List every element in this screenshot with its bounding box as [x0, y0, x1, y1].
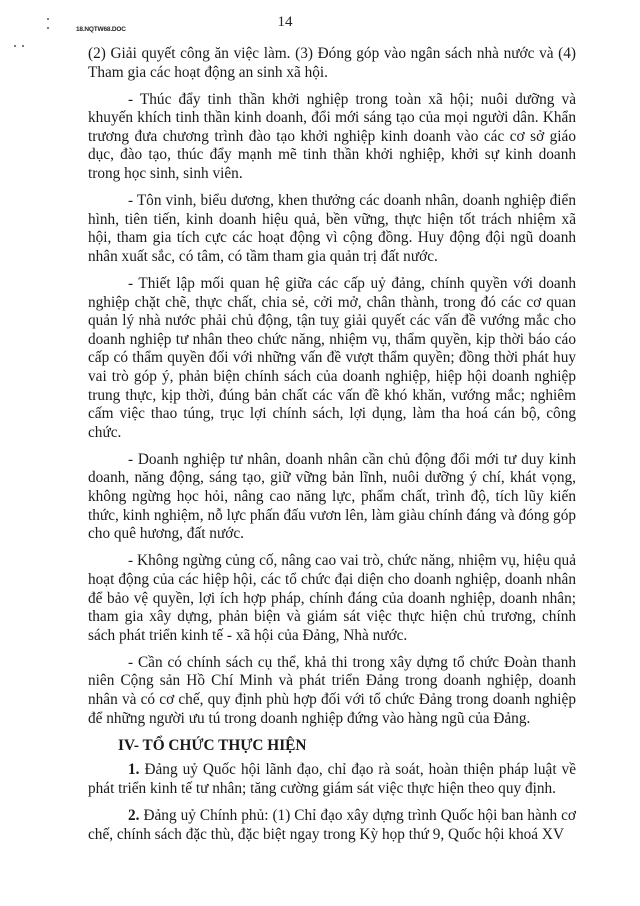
paragraph: - Thúc đẩy tinh thần khởi nghiệp trong t… — [88, 91, 576, 184]
document-page: 18.NQTW68.DOC 14 (2) Giải quyết công ăn … — [0, 0, 640, 906]
document-id: 18.NQTW68.DOC — [76, 26, 126, 33]
numbered-item: 1. Đảng uỷ Quốc hội lãnh đạo, chỉ đạo rà… — [88, 761, 576, 798]
paragraph: - Doanh nghiệp tư nhân, doanh nhân cần c… — [88, 451, 576, 544]
page-number: 14 — [270, 14, 300, 31]
numbered-item: 2. Đảng uỷ Chính phủ: (1) Chỉ đạo xây dự… — [88, 807, 576, 844]
scan-speck — [14, 45, 16, 47]
paragraph: - Tôn vinh, biểu dương, khen thưởng các … — [88, 192, 576, 266]
item-number: 1. — [128, 761, 139, 778]
item-text: Đảng uỷ Quốc hội lãnh đạo, chỉ đạo rà so… — [88, 761, 576, 797]
item-text: Đảng uỷ Chính phủ: (1) Chỉ đạo xây dựng … — [88, 807, 576, 843]
paragraph: - Không ngừng củng cố, nâng cao vai trò,… — [88, 552, 576, 645]
scan-speck — [47, 27, 49, 29]
paragraph: - Thiết lập mối quan hệ giữa các cấp uỷ … — [88, 275, 576, 442]
item-number: 2. — [128, 807, 139, 824]
document-body: (2) Giải quyết công ăn việc làm. (3) Đón… — [88, 45, 576, 853]
paragraph: - Cần có chính sách cụ thể, khả thi tron… — [88, 654, 576, 728]
scan-speck — [47, 18, 49, 20]
paragraph: (2) Giải quyết công ăn việc làm. (3) Đón… — [88, 45, 576, 82]
scan-speck — [22, 45, 24, 47]
section-heading: IV- TỔ CHỨC THỰC HIỆN — [88, 737, 576, 756]
